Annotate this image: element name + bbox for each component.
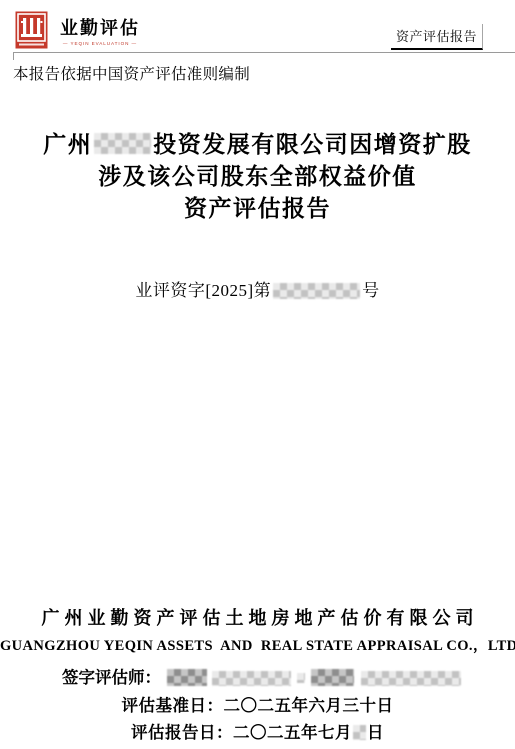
redaction-assessor-name-1 bbox=[167, 669, 207, 686]
header-rule-tick bbox=[13, 52, 14, 60]
base-date-label: 评估基准日： bbox=[122, 696, 224, 715]
title-line-1: 广州投资发展有限公司因增资扩股 bbox=[0, 129, 515, 161]
document-number-line: 业评资字[2025]第号 bbox=[0, 276, 515, 301]
brand-subtitle: — YEQIN EVALUATION — bbox=[59, 41, 142, 47]
doc-number-suffix: 号 bbox=[362, 281, 380, 300]
redaction-report-day bbox=[353, 725, 366, 740]
redaction-assessor-name-2 bbox=[311, 669, 354, 686]
title-line1-suffix: 投资发展有限公司因增资扩股 bbox=[153, 132, 472, 157]
title-line1-prefix: 广州 bbox=[43, 132, 92, 157]
redaction-assessor-signature-1 bbox=[212, 671, 291, 686]
redaction-company-name bbox=[94, 133, 151, 154]
base-date-line: 评估基准日：二〇二五年六月三十日 bbox=[0, 692, 515, 716]
doc-number-prefix: 业评资字[2025]第 bbox=[135, 281, 271, 300]
company-name-cn: 广州业勤资产评估土地房地产估价有限公司 bbox=[0, 604, 515, 630]
report-date-label: 评估报告日： bbox=[131, 723, 233, 742]
title-line-2: 涉及该公司股东全部权益价值 bbox=[0, 161, 515, 193]
redaction-doc-number bbox=[273, 283, 360, 299]
report-date-suffix: 日 bbox=[367, 723, 384, 742]
report-type-tab: 资产评估报告 bbox=[391, 24, 483, 50]
base-date-value: 二〇二五年六月三十日 bbox=[224, 696, 394, 715]
report-date-line: 评估报告日：二〇二五年七月日 bbox=[0, 719, 515, 743]
yeqin-seal-icon bbox=[15, 11, 48, 49]
standards-note: 本报告依据中国资产评估准则编制 bbox=[13, 62, 250, 84]
brand-name: 业勤评估 bbox=[55, 14, 145, 40]
report-date-prefix: 二〇二五年七月 bbox=[233, 723, 352, 742]
header-rule bbox=[13, 52, 515, 53]
brand-block: 业勤评估 — YEQIN EVALUATION — bbox=[55, 14, 145, 47]
title-line-3: 资产评估报告 bbox=[0, 193, 515, 225]
report-title: 广州投资发展有限公司因增资扩股 涉及该公司股东全部权益价值 资产评估报告 bbox=[0, 129, 515, 225]
signing-assessors-line: 签字评估师： bbox=[62, 664, 461, 688]
report-cover-page: 业勤评估 — YEQIN EVALUATION — 资产评估报告 本报告依据中国… bbox=[0, 0, 515, 749]
assessor-label: 签字评估师： bbox=[62, 668, 161, 687]
redaction-separator bbox=[297, 673, 305, 683]
company-name-en: GUANGZHOU YEQIN ASSETS AND REAL STATE AP… bbox=[0, 634, 515, 655]
redaction-assessor-signature-2 bbox=[361, 671, 461, 686]
